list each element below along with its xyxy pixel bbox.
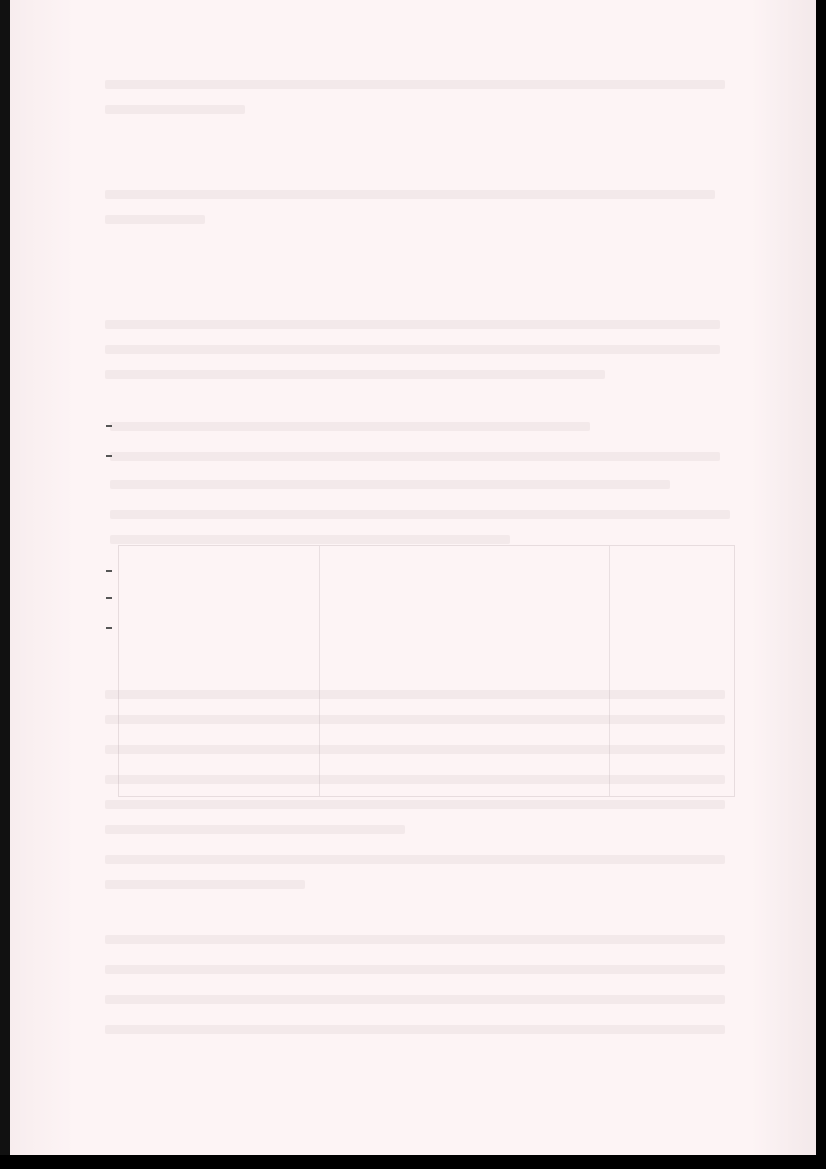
show-through-text [105, 855, 725, 864]
show-through-text [110, 422, 590, 431]
show-through-text [105, 800, 725, 809]
scan-right-edge [816, 0, 826, 1169]
show-through-text [105, 105, 245, 114]
list-marker [106, 597, 112, 599]
show-through-text [105, 215, 205, 224]
show-through-text [105, 345, 720, 354]
list-marker [106, 570, 112, 572]
list-marker [106, 627, 112, 629]
scan-left-edge [0, 0, 10, 1169]
show-through-text [110, 480, 670, 489]
show-through-text [105, 965, 725, 974]
show-through-text [105, 935, 725, 944]
show-through-text [105, 995, 725, 1004]
show-through-text [105, 320, 720, 329]
table-divider [319, 546, 320, 796]
show-through-text [110, 535, 510, 544]
show-through-text [105, 825, 405, 834]
scanned-page [10, 0, 816, 1155]
list-marker [106, 455, 112, 457]
show-through-text [105, 80, 725, 89]
table-divider [609, 546, 610, 796]
list-marker [106, 425, 112, 427]
show-through-text [105, 190, 715, 199]
show-through-text [105, 880, 305, 889]
show-through-text [105, 1025, 725, 1034]
show-through-table [118, 545, 735, 797]
show-through-text [105, 370, 605, 379]
show-through-text [110, 510, 730, 519]
show-through-text [110, 452, 720, 461]
scan-bottom-edge [0, 1155, 826, 1169]
